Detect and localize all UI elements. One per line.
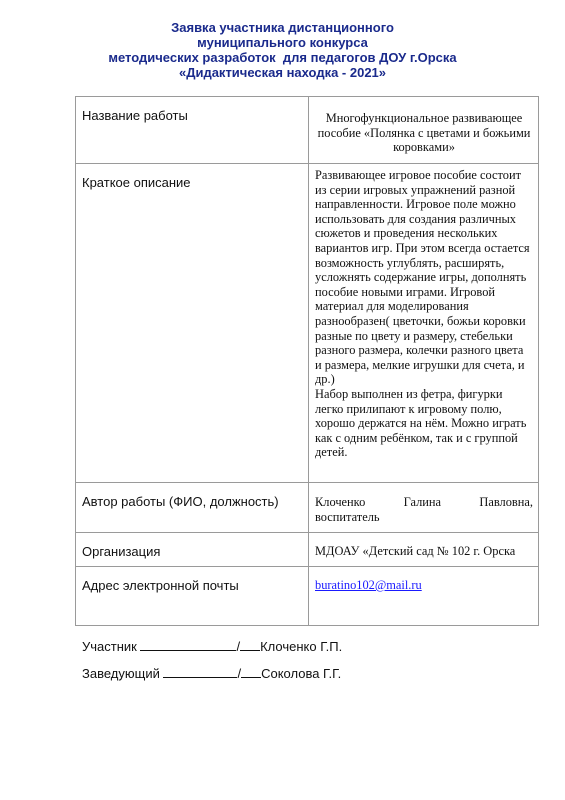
signature-name: Клоченко Г.П. bbox=[260, 639, 342, 654]
document-title: Заявка участника дистанционного муниципа… bbox=[0, 20, 565, 80]
value-description: Развивающее игровое пособие состоит из с… bbox=[309, 164, 539, 483]
value-work-title: Многофункциональное развивающее пособие … bbox=[309, 97, 539, 164]
signature-blank bbox=[140, 638, 236, 651]
label-description: Краткое описание bbox=[76, 164, 309, 483]
signature-head: Заведующий /Соколова Г.Г. bbox=[82, 665, 341, 681]
table-row-email: Адрес электронной почты buratino102@mail… bbox=[76, 567, 539, 626]
value-organization: МДОАУ «Детский сад № 102 г. Орска bbox=[309, 533, 539, 567]
author-position: воспитатель bbox=[315, 510, 533, 525]
title-line: методических разработок для педагогов ДО… bbox=[0, 50, 565, 65]
label-work-title: Название работы bbox=[76, 97, 309, 164]
value-author: Клоченко Галина Павловна, воспитатель bbox=[309, 483, 539, 533]
table-row-description: Краткое описание Развивающее игровое пос… bbox=[76, 164, 539, 483]
signature-role: Участник bbox=[82, 639, 137, 654]
signature-blank bbox=[241, 665, 261, 678]
title-line: «Дидактическая находка - 2021» bbox=[0, 65, 565, 80]
label-organization: Организация bbox=[76, 533, 309, 567]
label-author: Автор работы (ФИО, должность) bbox=[76, 483, 309, 533]
signature-participant: Участник /Клоченко Г.П. bbox=[82, 638, 342, 654]
label-email: Адрес электронной почты bbox=[76, 567, 309, 626]
description-paragraph: Набор выполнен из фетра, фигурки легко п… bbox=[315, 387, 533, 460]
value-email: buratino102@mail.ru bbox=[309, 567, 539, 626]
title-line: муниципального конкурса bbox=[0, 35, 565, 50]
table-row-organization: Организация МДОАУ «Детский сад № 102 г. … bbox=[76, 533, 539, 567]
author-name: Клоченко Галина Павловна, bbox=[315, 495, 533, 510]
title-line: Заявка участника дистанционного bbox=[0, 20, 565, 35]
email-link[interactable]: buratino102@mail.ru bbox=[315, 578, 422, 592]
description-paragraph: Развивающее игровое пособие состоит из с… bbox=[315, 168, 533, 387]
signature-blank bbox=[163, 665, 237, 678]
table-row-work-title: Название работы Многофункциональное разв… bbox=[76, 97, 539, 164]
signature-blank bbox=[240, 638, 260, 651]
signature-role: Заведующий bbox=[82, 666, 160, 681]
table-row-author: Автор работы (ФИО, должность) Клоченко Г… bbox=[76, 483, 539, 533]
signature-name: Соколова Г.Г. bbox=[261, 666, 341, 681]
application-form-table: Название работы Многофункциональное разв… bbox=[75, 96, 539, 626]
